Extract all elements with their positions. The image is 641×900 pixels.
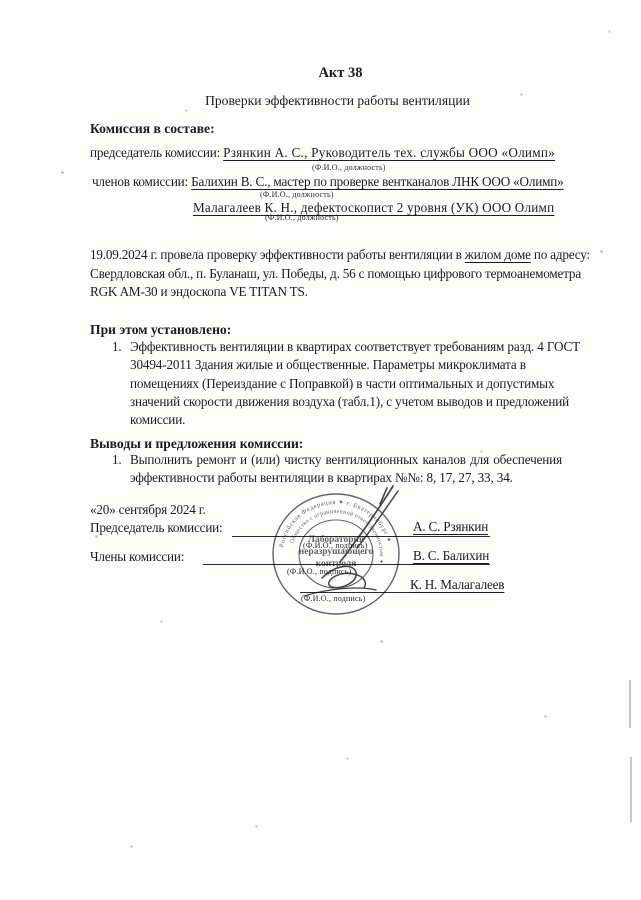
findings-line: Эффективность вентиляции в квартирах соо… xyxy=(130,339,580,357)
findings-item-number: 1. xyxy=(112,339,122,355)
member1-name-position: Балихин В. С., мастер по проверке вентка… xyxy=(191,174,563,189)
findings-line: 30494-2011 Здания жилые и общественные. … xyxy=(130,357,580,375)
findings-line: комиссии. xyxy=(130,412,580,430)
findings-line: помещениях (Переиздание с Поправкой) в ч… xyxy=(130,376,580,394)
fio-position-caption: (Ф.И.О., должность) xyxy=(312,163,386,172)
chairman-label: председатель комиссии: xyxy=(90,145,220,160)
inspection-line1: 19.09.2024 г. провела проверку эффективн… xyxy=(90,247,590,266)
member2-name-position: Малагалеев К. Н., дефектоскопист 2 уровн… xyxy=(193,200,554,216)
inspection-line3: RGK AM-30 и эндоскопа VE TITAN TS. xyxy=(90,284,590,303)
findings-line: значений скорости движения воздуха (табл… xyxy=(130,394,580,412)
conclusions-heading: Выводы и предложения комиссии: xyxy=(90,435,303,453)
commission-heading: Комиссия в составе: xyxy=(90,120,215,138)
stamp-center-line2: неразрушающего xyxy=(299,547,374,557)
inspection-line1-pre: 19.09.2024 г. провела проверку эффективн… xyxy=(90,247,465,262)
conclusions-line: Выполнить ремонт и (или) чистку вентиляц… xyxy=(130,452,562,470)
inspection-paragraph: 19.09.2024 г. провела проверку эффективн… xyxy=(90,247,590,303)
dwelling-type-underlined: жилом доме xyxy=(465,247,531,262)
chairman-name-position: Рзянкин А. С., Руководитель тех. службы … xyxy=(223,145,555,160)
signing-date: «20» сентября 2024 г. xyxy=(90,502,206,518)
members-label: членов комиссии: xyxy=(92,174,188,189)
sig-chairman-name: А. С. Рзянкин xyxy=(413,519,488,535)
member1-row: членов комиссии: Балихин В. С., мастер п… xyxy=(92,174,563,190)
document-title: Акт 38 xyxy=(20,64,641,82)
sig-member1-name: В. С. Балихин xyxy=(413,548,489,564)
scanned-act-document: Акт 38 Проверки эффективности работы вен… xyxy=(0,0,641,900)
conclusions-item-number: 1. xyxy=(112,452,122,468)
inspection-line1-post: по адресу: xyxy=(531,247,590,262)
document-subtitle: Проверки эффективности работы вентиляции xyxy=(17,92,641,110)
sig-members-label: Члены комиссии: xyxy=(90,549,184,565)
sig-chairman-label: Председатель комиссии: xyxy=(90,520,223,536)
scan-edge-artifact xyxy=(630,757,632,822)
company-round-stamp: Российская Федерация ✦ г. Екатеринбург ✦… xyxy=(260,478,415,620)
stamp-center-line1: Лаборатория xyxy=(308,534,364,545)
fio-position-caption: (Ф.И.О., должность) xyxy=(260,190,334,199)
scan-noise-specks xyxy=(0,0,1,1)
scan-edge-artifact xyxy=(629,680,631,728)
findings-heading: При этом установлено: xyxy=(90,321,231,339)
sig-member2-name: К. Н. Малагалеев xyxy=(410,577,504,593)
chairman-row: председатель комиссии: Рзянкин А. С., Ру… xyxy=(90,145,555,161)
fio-position-caption: (Ф.И.О., должность) xyxy=(265,213,339,222)
inspection-line2: Свердловская обл., п. Буланаш, ул. Побед… xyxy=(90,266,590,285)
findings-item-text: Эффективность вентиляции в квартирах соо… xyxy=(130,339,580,430)
